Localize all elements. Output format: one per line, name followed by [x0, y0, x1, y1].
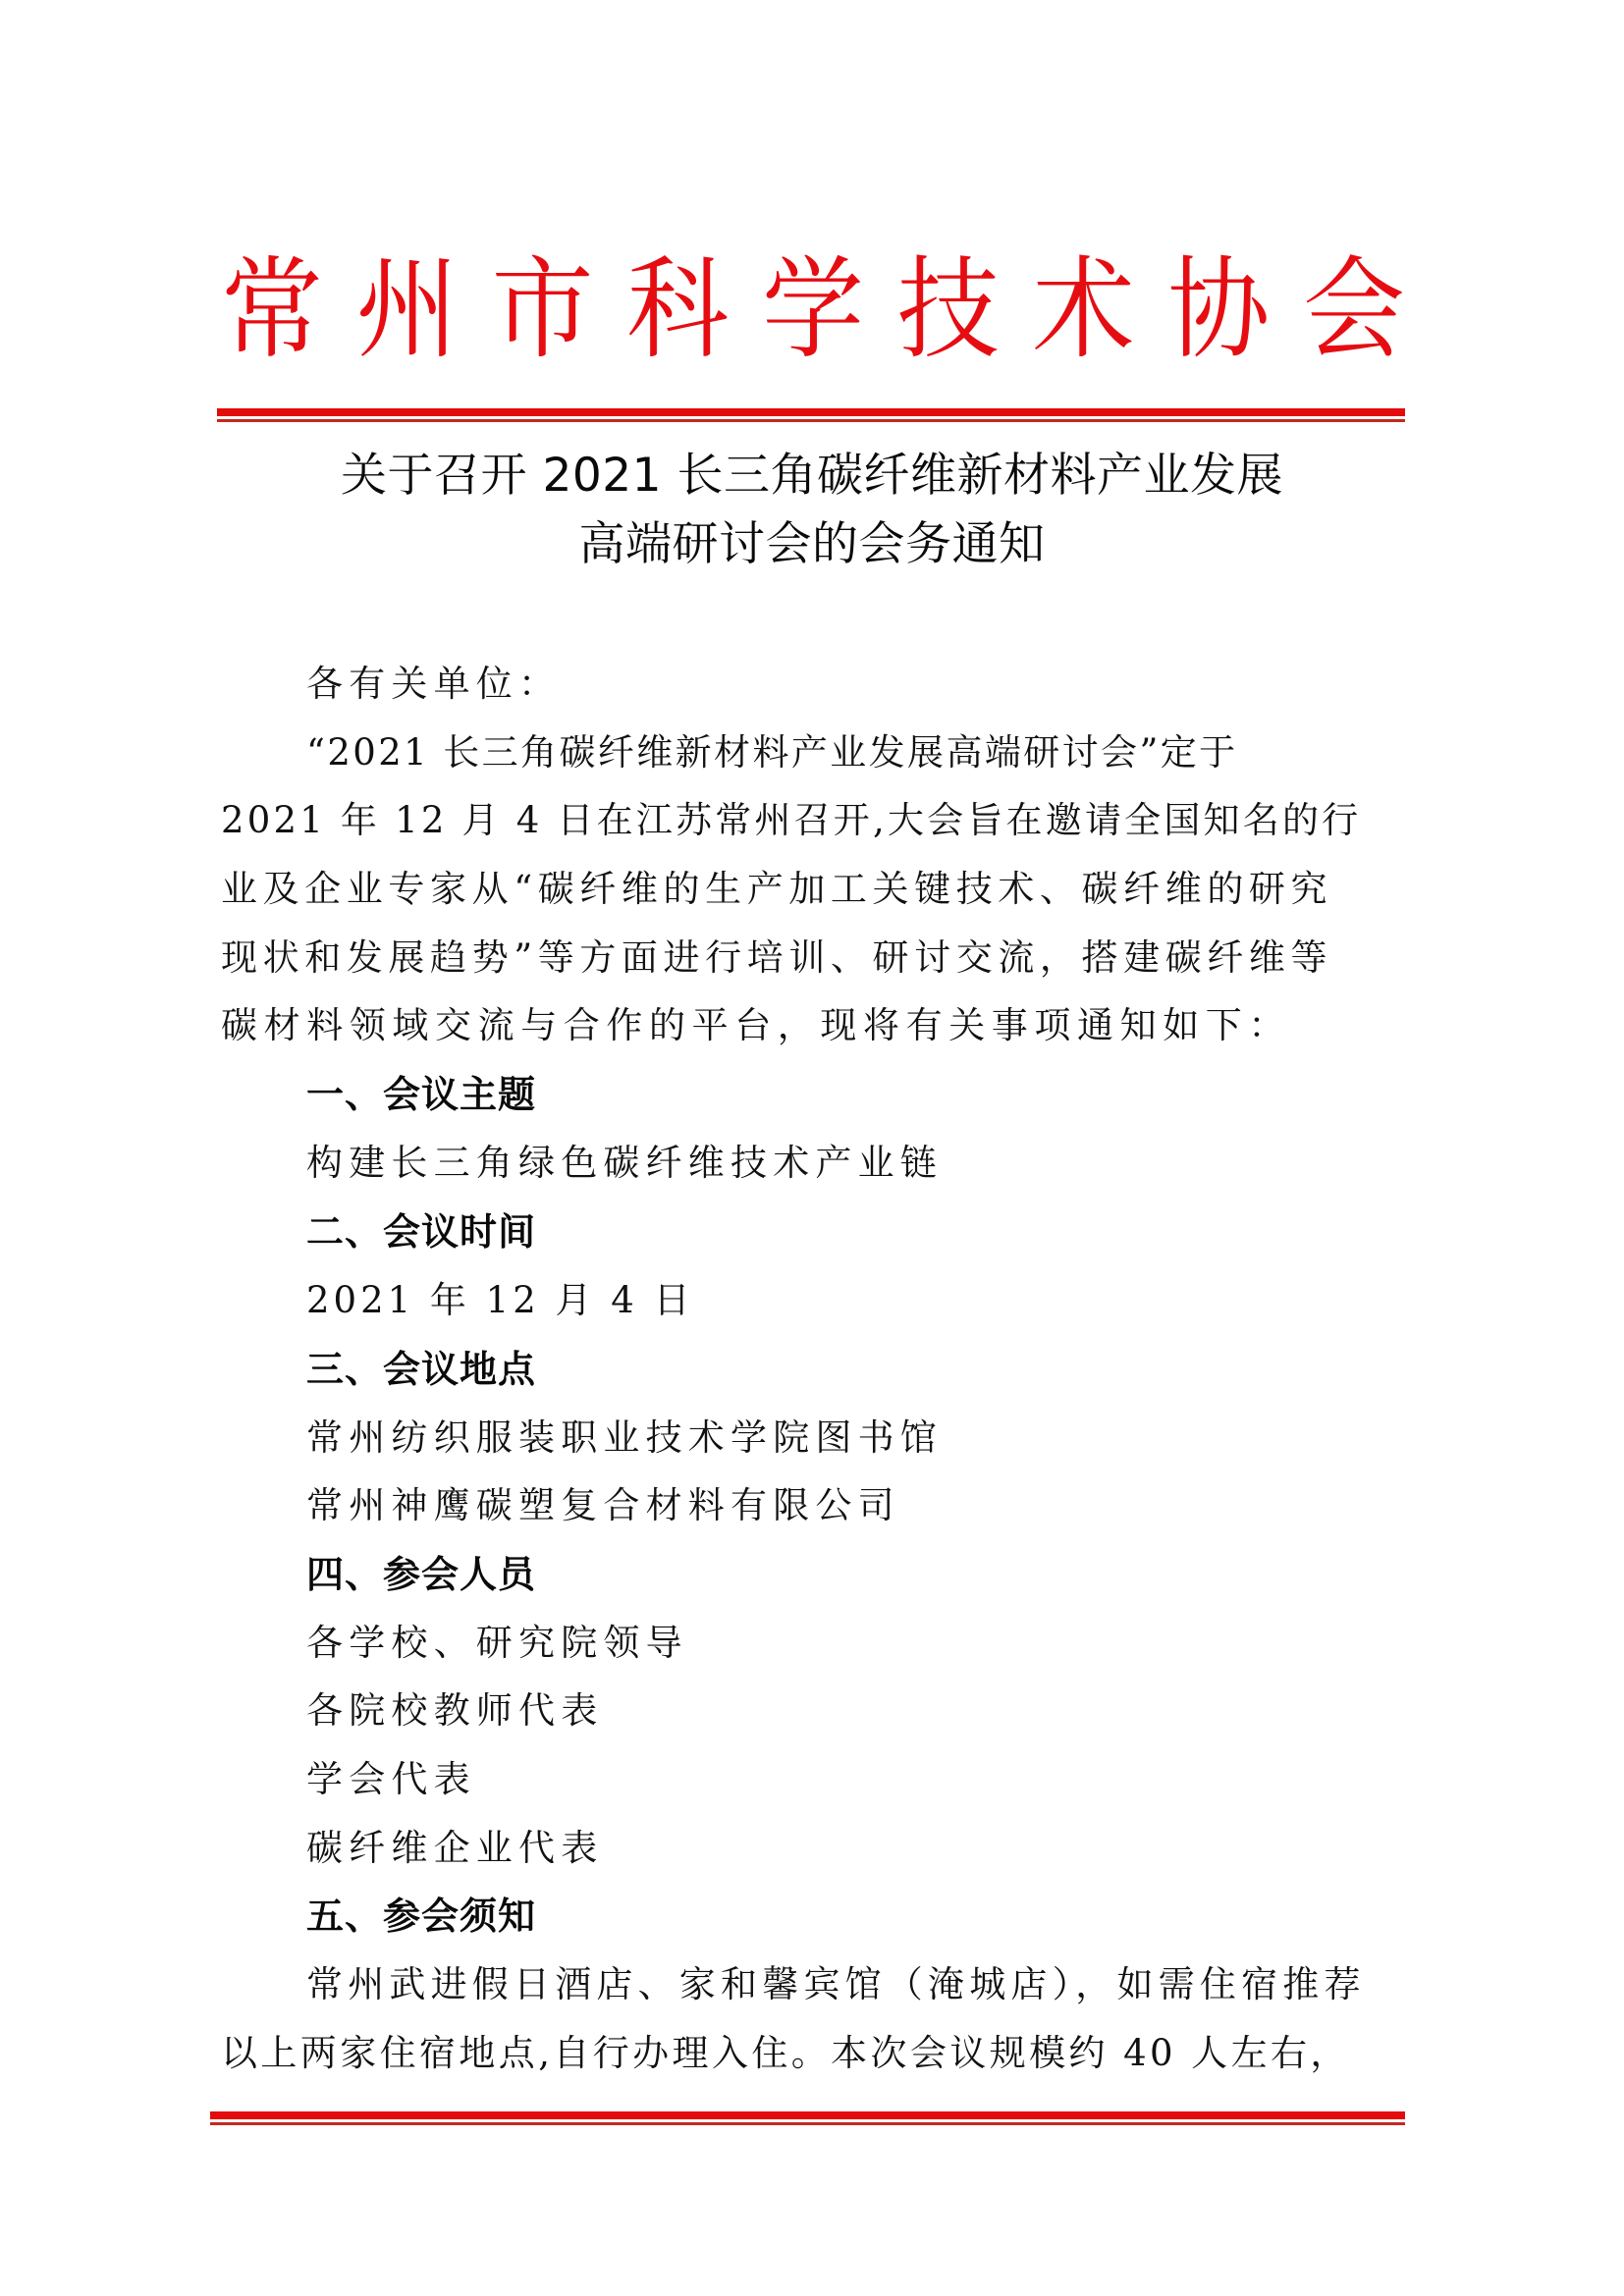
intro-line: 碳材料领域交流与合作的平台，现将有关事项通知如下：	[221, 1001, 1409, 1050]
salutation: 各有关单位：	[306, 660, 1494, 709]
divider-thick-bar	[210, 2111, 1405, 2119]
masthead-char: 会	[1300, 240, 1408, 378]
divider-thick-bar	[217, 408, 1405, 416]
masthead-char: 市	[489, 240, 597, 378]
divider-thin-bar	[210, 2122, 1405, 2125]
masthead-char: 技	[894, 240, 1002, 378]
masthead-divider	[217, 408, 1405, 424]
divider-thin-bar	[217, 419, 1405, 422]
section-heading-notes: 五、参会须知	[306, 1892, 536, 1941]
section-heading-venue: 三、会议地点	[306, 1345, 536, 1394]
intro-line: 现状和发展趋势”等方面进行培训、研讨交流，搭建碳纤维等	[221, 934, 1409, 983]
org-masthead: 常 州 市 科 学 技 术 协 会	[218, 245, 1408, 373]
section-heading-theme: 一、会议主题	[306, 1070, 536, 1119]
intro-line: “2021 长三角碳纤维新材料产业发展高端研讨会”定于	[306, 728, 1409, 777]
document-title-line-1: 关于召开 2021 长三角碳纤维新材料产业发展	[196, 447, 1428, 506]
section-line: 构建长三角绿色碳纤维技术产业链	[306, 1139, 1494, 1188]
intro-line: 业及企业专家从“碳纤维的生产加工关键技术、碳纤维的研究	[221, 865, 1409, 914]
masthead-char: 科	[623, 240, 731, 378]
section-line: 学会代表	[306, 1755, 1494, 1804]
masthead-char: 常	[218, 240, 326, 378]
footer-divider	[210, 2111, 1405, 2127]
masthead-char: 学	[759, 240, 867, 378]
section-heading-time: 二、会议时间	[306, 1207, 536, 1256]
section-line: 常州纺织服装职业技术学院图书馆	[306, 1414, 1494, 1463]
section-line: 常州神鹰碳塑复合材料有限公司	[306, 1481, 1494, 1530]
masthead-char: 术	[1030, 240, 1138, 378]
masthead-char: 州	[353, 240, 461, 378]
section-line: 各院校教师代表	[306, 1686, 1494, 1735]
document-title-line-2: 高端研讨会的会务通知	[196, 515, 1428, 574]
section-heading-attendees: 四、参会人员	[306, 1550, 536, 1599]
section-line: 常州武进假日酒店、家和馨宾馆（淹城店），如需住宿推荐	[306, 1960, 1494, 2009]
section-line: 以上两家住宿地点,自行办理入住。本次会议规模约 40 人左右，	[221, 2029, 1409, 2078]
intro-line: 2021 年 12 月 4 日在江苏常州召开,大会旨在邀请全国知名的行	[221, 796, 1409, 845]
section-line: 碳纤维企业代表	[306, 1824, 1494, 1873]
section-line: 各学校、研究院领导	[306, 1619, 1494, 1668]
masthead-char: 协	[1164, 240, 1272, 378]
section-line: 2021 年 12 月 4 日	[306, 1276, 1494, 1325]
document-page: 常 州 市 科 学 技 术 协 会 关于召开 2021 长三角碳纤维新材料产业发…	[0, 0, 1624, 2296]
